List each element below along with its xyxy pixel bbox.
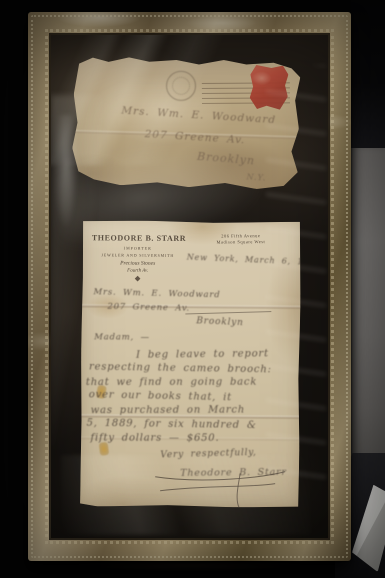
letter-body-line: fifty dollars — $650.: [90, 433, 219, 444]
letter-recipient-line: Brooklyn: [196, 316, 244, 328]
letterhead-subtitle: Importer: [92, 245, 184, 251]
letter-body-line: 5, 1889, for six hundred &: [87, 418, 257, 431]
letterhead-subtitle: Precious Stones: [92, 260, 184, 267]
postage-stamp-icon: [249, 65, 288, 110]
envelope-address-line: Brooklyn: [197, 150, 256, 168]
letter-recipient-line: 207 Greene Av.: [107, 302, 190, 314]
letter-dateline: New York, March 6, 190—: [187, 253, 324, 268]
letter-body-line: I beg leave to report: [136, 348, 269, 360]
signature-flourish: [135, 469, 295, 510]
letter-closing: Very respectfully,: [160, 448, 257, 461]
letter-body-line: over our books that, it: [89, 389, 232, 403]
picture-frame: Mrs. Wm. E. Woodward 207 Greene Av. Broo…: [28, 12, 351, 561]
letter-body-line: was purchased on March: [91, 405, 245, 417]
letterhead-left-block: Theodore B. Starr Importer Jeweler and S…: [92, 233, 184, 281]
envelope: Mrs. Wm. E. Woodward 207 Greene Av. Broo…: [71, 56, 300, 190]
photo-of-framed-letter: Mrs. Wm. E. Woodward 207 Greene Av. Broo…: [0, 0, 385, 578]
tape-stain: [99, 442, 110, 456]
letter: Theodore B. Starr Importer Jeweler and S…: [80, 220, 301, 508]
background-wall-dark: [351, 0, 385, 150]
letterhead-address-line: Madison Square West: [200, 239, 282, 246]
letterhead-name: Theodore B. Starr: [92, 233, 184, 243]
postmark-icon: [166, 70, 197, 101]
letterhead-address-block: 206 Fifth Avenue Madison Square West: [200, 233, 282, 246]
mat-board: Mrs. Wm. E. Woodward 207 Greene Av. Broo…: [51, 35, 328, 538]
plastic-glare: [53, 115, 79, 235]
letterhead-subtitle: Fourth Av.: [92, 268, 184, 274]
letter-salutation: Madam, —: [94, 332, 150, 342]
letter-recipient-line: Mrs. Wm. E. Woodward: [93, 287, 220, 300]
envelope-address-line: 207 Greene Av.: [144, 128, 245, 146]
ink-flourish-line: [185, 311, 271, 314]
letter-body-line: that we find on going back: [86, 377, 257, 388]
letterhead-subtitle: Jeweler and Silversmith: [92, 252, 184, 258]
envelope-address-line: Mrs. Wm. E. Woodward: [121, 104, 276, 126]
diamond-ornament-icon: [135, 276, 141, 282]
envelope-address-line: N.Y.: [246, 172, 266, 182]
letter-body-line: respecting the cameo brooch:: [89, 361, 272, 375]
